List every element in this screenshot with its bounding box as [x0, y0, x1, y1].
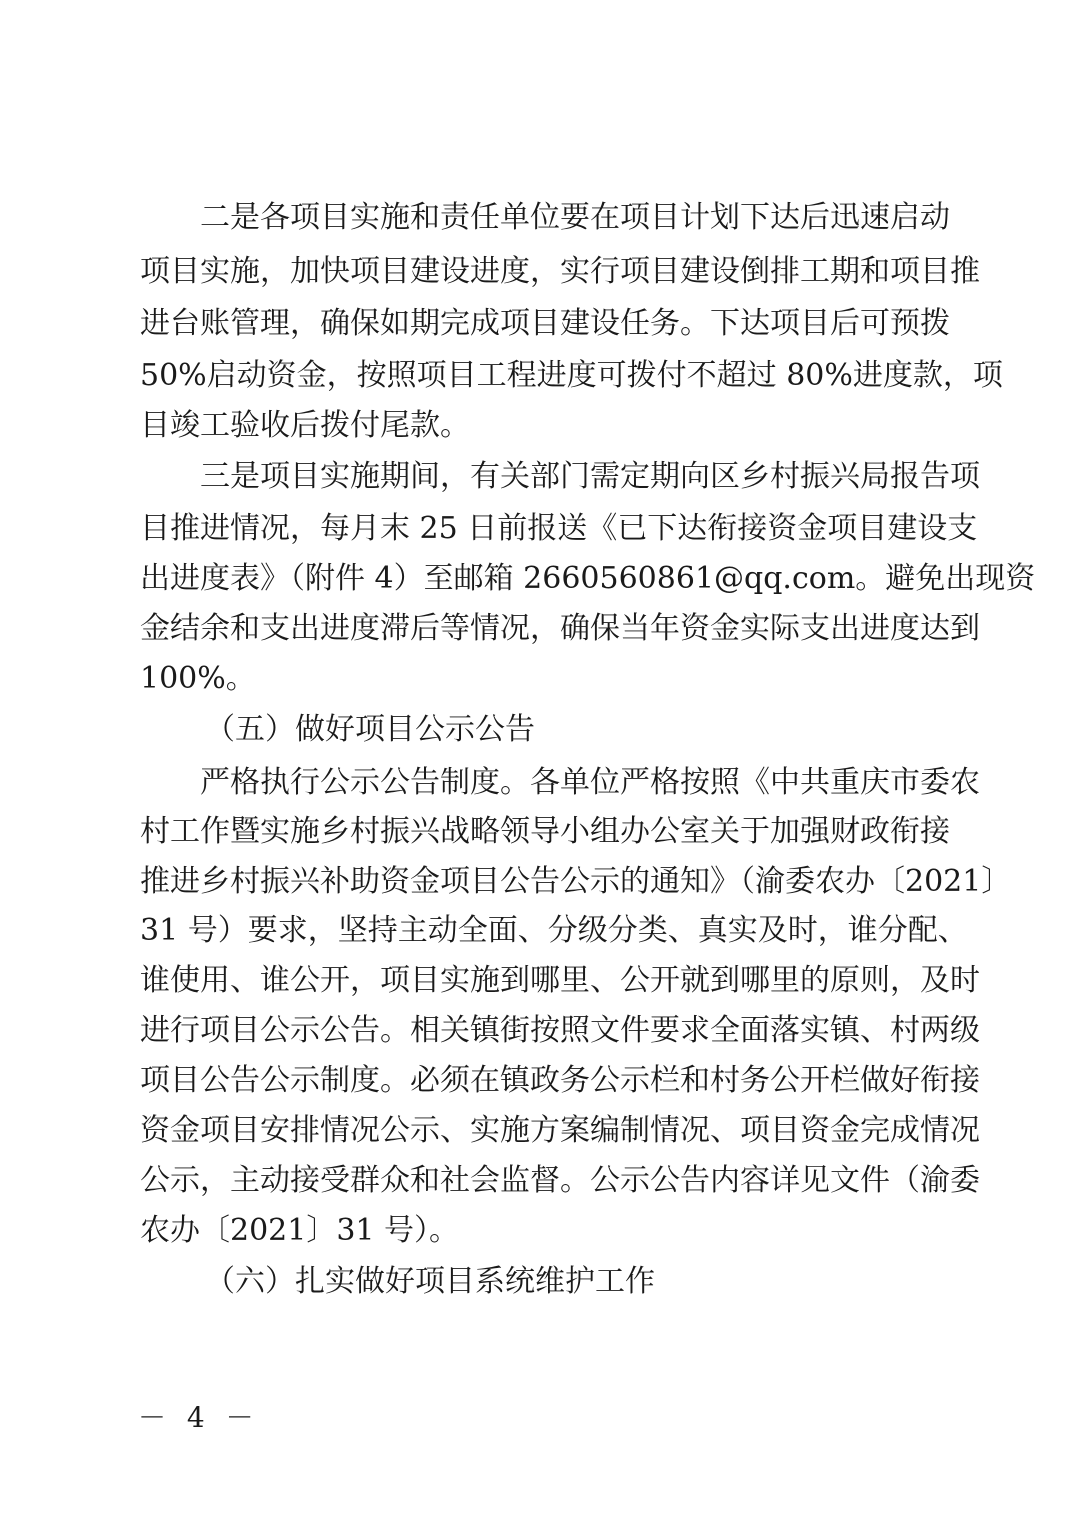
section-heading-5: （五）做好项目公示公告 [205, 712, 535, 748]
text-line: 31 号）要求，坚持主动全面、分级分类、真实及时，谁分配、 [140, 913, 935, 949]
text-line: 谁使用、谁公开，项目实施到哪里、公开就到哪里的原则，及时 [140, 963, 935, 999]
text-line: 三是项目实施期间，有关部门需定期向区乡村振兴局报告项 [200, 459, 935, 495]
text-line: 项目实施，加快项目建设进度，实行项目建设倒排工期和项目推 [140, 254, 935, 290]
section-heading-6: （六）扎实做好项目系统维护工作 [205, 1264, 655, 1300]
text-line: 100%。 [140, 661, 935, 697]
document-page: 二是各项目实施和责任单位要在项目计划下达后迅速启动 项目实施，加快项目建设进度，… [0, 0, 1074, 1520]
text-line: 出进度表》（附件 4）至邮箱 2660560861@qq.com。避免出现资 [140, 561, 935, 597]
text-line: 目竣工验收后拨付尾款。 [140, 408, 935, 444]
text-line: 50%启动资金，按照项目工程进度可拨付不超过 80%进度款，项 [140, 358, 935, 394]
page-number: － 4 － [138, 1401, 260, 1435]
text-line: 项目公告公示制度。必须在镇政务公示栏和村务公开栏做好衔接 [140, 1063, 935, 1099]
text-line: 推进乡村振兴补助资金项目公告公示的通知》（渝委农办〔2021〕 [140, 864, 935, 900]
text-line: 公示，主动接受群众和社会监督。公示公告内容详见文件（渝委 [140, 1163, 935, 1199]
text-line: 进行项目公示公告。相关镇街按照文件要求全面落实镇、村两级 [140, 1013, 935, 1049]
text-line: 金结余和支出进度滞后等情况，确保当年资金实际支出进度达到 [140, 611, 935, 647]
text-line: 目推进情况，每月末 25 日前报送《已下达衔接资金项目建设支 [140, 511, 935, 547]
text-line: 村工作暨实施乡村振兴战略领导小组办公室关于加强财政衔接 [140, 814, 935, 850]
text-line: 进台账管理，确保如期完成项目建设任务。下达项目后可预拨 [140, 306, 935, 342]
text-line: 农办〔2021〕31 号）。 [140, 1213, 935, 1249]
text-line: 严格执行公示公告制度。各单位严格按照《中共重庆市委农 [200, 765, 935, 801]
text-line: 资金项目安排情况公示、实施方案编制情况、项目资金完成情况 [140, 1113, 935, 1149]
text-line: 二是各项目实施和责任单位要在项目计划下达后迅速启动 [200, 200, 935, 236]
